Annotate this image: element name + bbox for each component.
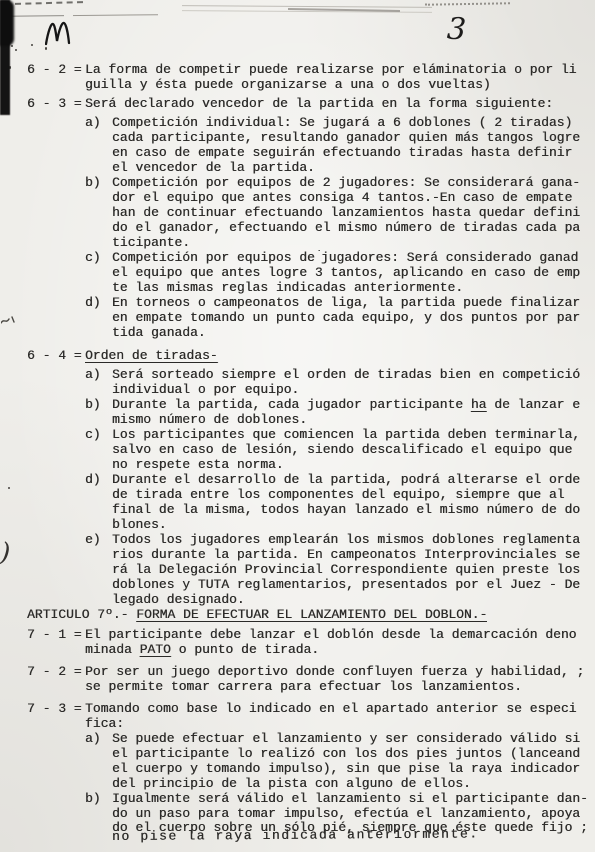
subitem-letter: d) (85, 295, 112, 340)
ink-speck (8, 487, 10, 489)
text-line: no respete esta norma. (112, 457, 595, 472)
subitem-letter: a) (85, 367, 112, 397)
clause-number: 7 - 3 = (27, 701, 85, 716)
text-line: salvo en caso de lesión, siendo descalif… (112, 442, 595, 457)
scan-smudge (425, 2, 510, 5)
text-line: blones. (112, 517, 595, 532)
handwritten-paren-mark: ) (0, 546, 11, 562)
text-line: Los participantes que comiencen la parti… (112, 427, 595, 442)
subitem-letter: c) (85, 427, 112, 472)
clause-number: 6 - 2 = (27, 62, 85, 77)
scan-smudge (15, 1, 83, 5)
text-line: Igualmente será válido el lanzamiento si… (112, 791, 595, 806)
text-line: no pise la raya indicada anteriormente. (112, 826, 595, 844)
text-line: Durante el desarrollo de la partida, pod… (112, 472, 595, 487)
text-line: en empate tomando un punto cada equipo, … (112, 310, 595, 325)
scan-edge-shadow (0, 0, 14, 46)
text-line: Durante la partida, cada jugador partici… (112, 397, 595, 412)
clause-7-3: 7 - 3 = Tomando como base lo indicado en… (27, 701, 595, 731)
text-line: doblones y TUTA reglamentarios, presenta… (112, 577, 595, 592)
clause-title: Orden de tiradas- (85, 348, 595, 363)
text-line: do un paso para tomar impulso, efectúa e… (112, 806, 595, 821)
text-line: En torneos o campeonatos de liga, la par… (112, 295, 595, 310)
text-line: Competición por equipos de 2 jugadores: … (112, 175, 595, 190)
text-line: el equipo que antes logre 3 tantos, apli… (112, 265, 595, 280)
text-line: ticipante. (112, 235, 595, 250)
article-7-heading: ARTICULO 7º.- FORMA DE EFECTUAR EL LANZA… (27, 607, 595, 622)
text-line: minada PATO o punto de tirada. (85, 642, 595, 657)
clause-6-2: 6 - 2 = La forma de competir puede reali… (27, 62, 595, 92)
text-line: rá la Delegación Provincial Correspondie… (112, 562, 595, 577)
subitem-e: e) Todos los jugadores emplearán los mis… (85, 532, 595, 607)
text-line: de tirada entre los componentes del equi… (112, 487, 595, 502)
handwritten-page-number: 3 (447, 22, 467, 38)
clause-number: 6 - 3 = (27, 96, 85, 111)
text-line: individual o por equipo. (112, 382, 595, 397)
ink-speck (15, 49, 17, 51)
ink-speck (45, 47, 47, 50)
text-line: Competición individual: Se jugará a 6 do… (112, 115, 595, 130)
ink-speck (11, 45, 13, 47)
text-line: el vencedor de la partida. (112, 160, 595, 175)
text-line: Competición por equipos de4jugadores: Se… (112, 250, 595, 265)
subitem-letter: b) (85, 397, 112, 427)
text-line: Todos los jugadores emplearán los mismos… (112, 532, 595, 547)
subitem-letter: a) (85, 115, 112, 175)
subitem-letter: b) (85, 791, 112, 844)
text-line: Se puede efectuar el lanzamiento y ser c… (112, 731, 595, 746)
article-title: ARTICULO 7º.- FORMA DE EFECTUAR EL LANZA… (27, 607, 487, 622)
text-line: Tomando como base lo indicado en el apar… (85, 701, 595, 716)
text-line: tida ganada. (112, 325, 595, 340)
clause-6-3: 6 - 3 = Será declarado vencedor de la pa… (27, 96, 595, 111)
subitem-b: b) Durante la partida, cada jugador part… (85, 397, 595, 427)
subitem-d: d) En torneos o campeonatos de liga, la … (85, 295, 595, 340)
text-line: fica: (85, 716, 595, 731)
subitem-letter: a) (85, 731, 112, 791)
text-line: La forma de competir puede realizarse po… (85, 62, 595, 77)
subitem-letter: e) (85, 532, 112, 607)
clause-number: 7 - 1 = (27, 627, 85, 642)
handwritten-squiggle (1, 314, 19, 326)
text-line: cada participante, resultando ganador qu… (112, 130, 595, 145)
subitem-letter: c) (85, 250, 112, 295)
text-line: mismo número de doblones. (112, 412, 595, 427)
subitem-b: b) Competición por equipos de 2 jugadore… (85, 175, 595, 250)
subitem-a: a) Competición individual: Se jugará a 6… (85, 115, 595, 175)
clause-number: 6 - 4 = (27, 348, 85, 363)
subitem-c: c) Competición por equipos de4jugadores:… (85, 250, 595, 295)
text-line: do el ganador, efectuando el mismo númer… (112, 220, 595, 235)
subitem-letter: b) (85, 175, 112, 250)
text-line: legado designado. (112, 592, 595, 607)
clause-number: 7 - 2 = (27, 664, 85, 679)
text-line: El participante debe lanzar el doblón de… (85, 627, 595, 642)
subitem-c: c) Los participantes que comiencen la pa… (85, 427, 595, 472)
text-line: el cuerpo y tomando impulso), sin que pi… (112, 761, 595, 776)
text-line: se permite tomar carrera para efectuar l… (85, 679, 595, 694)
subitem-a: a) Será sorteado siempre el orden de tir… (85, 367, 595, 397)
clause-7-2: 7 - 2 = Por ser un juego deportivo donde… (27, 664, 595, 694)
text-line: del principio de la pista con alguno de … (112, 776, 595, 791)
text-line: el participante lo realizó con los dos p… (112, 746, 595, 761)
text-line: rios durante la partida. En campeonatos … (112, 547, 595, 562)
inserted-superscript: 4 (315, 250, 321, 255)
text-line: dor el equipo que antes consiga 4 tantos… (112, 190, 595, 205)
ink-speck (31, 44, 33, 46)
scanned-document-page: 3 ) 6 - 2 = La forma de competir puede r… (0, 0, 595, 852)
text-line: en caso de empate seguirán efectuando ti… (112, 145, 595, 160)
clause-7-1: 7 - 1 = El participante debe lanzar el d… (27, 627, 595, 657)
subitem-letter: d) (85, 472, 112, 532)
text-line: te las mismas reglas indicadas anteriorm… (112, 280, 595, 295)
text-line: final de la misma, todos hayan lanzado e… (112, 502, 595, 517)
document-body: 6 - 2 = La forma de competir puede reali… (27, 62, 595, 844)
subitem-a: a) Se puede efectuar el lanzamiento y se… (85, 731, 595, 791)
text-line: Será declarado vencedor de la partida en… (85, 96, 595, 111)
text-line: Será sorteado siempre el orden de tirada… (112, 367, 595, 382)
subitem-b: b) Igualmente será válido el lanzamiento… (85, 791, 595, 844)
clause-6-4: 6 - 4 = Orden de tiradas- (27, 348, 595, 363)
text-line: guilla y ésta puede organizarse a una o … (85, 77, 595, 92)
text-line: Por ser un juego deportivo donde confluy… (85, 664, 595, 679)
text-line: han de continuar efectuando lanzamientos… (112, 205, 595, 220)
handwritten-m-mark (45, 20, 73, 46)
subitem-d: d) Durante el desarrollo de la partida, … (85, 472, 595, 532)
scan-scratch-line (6, 14, 158, 17)
